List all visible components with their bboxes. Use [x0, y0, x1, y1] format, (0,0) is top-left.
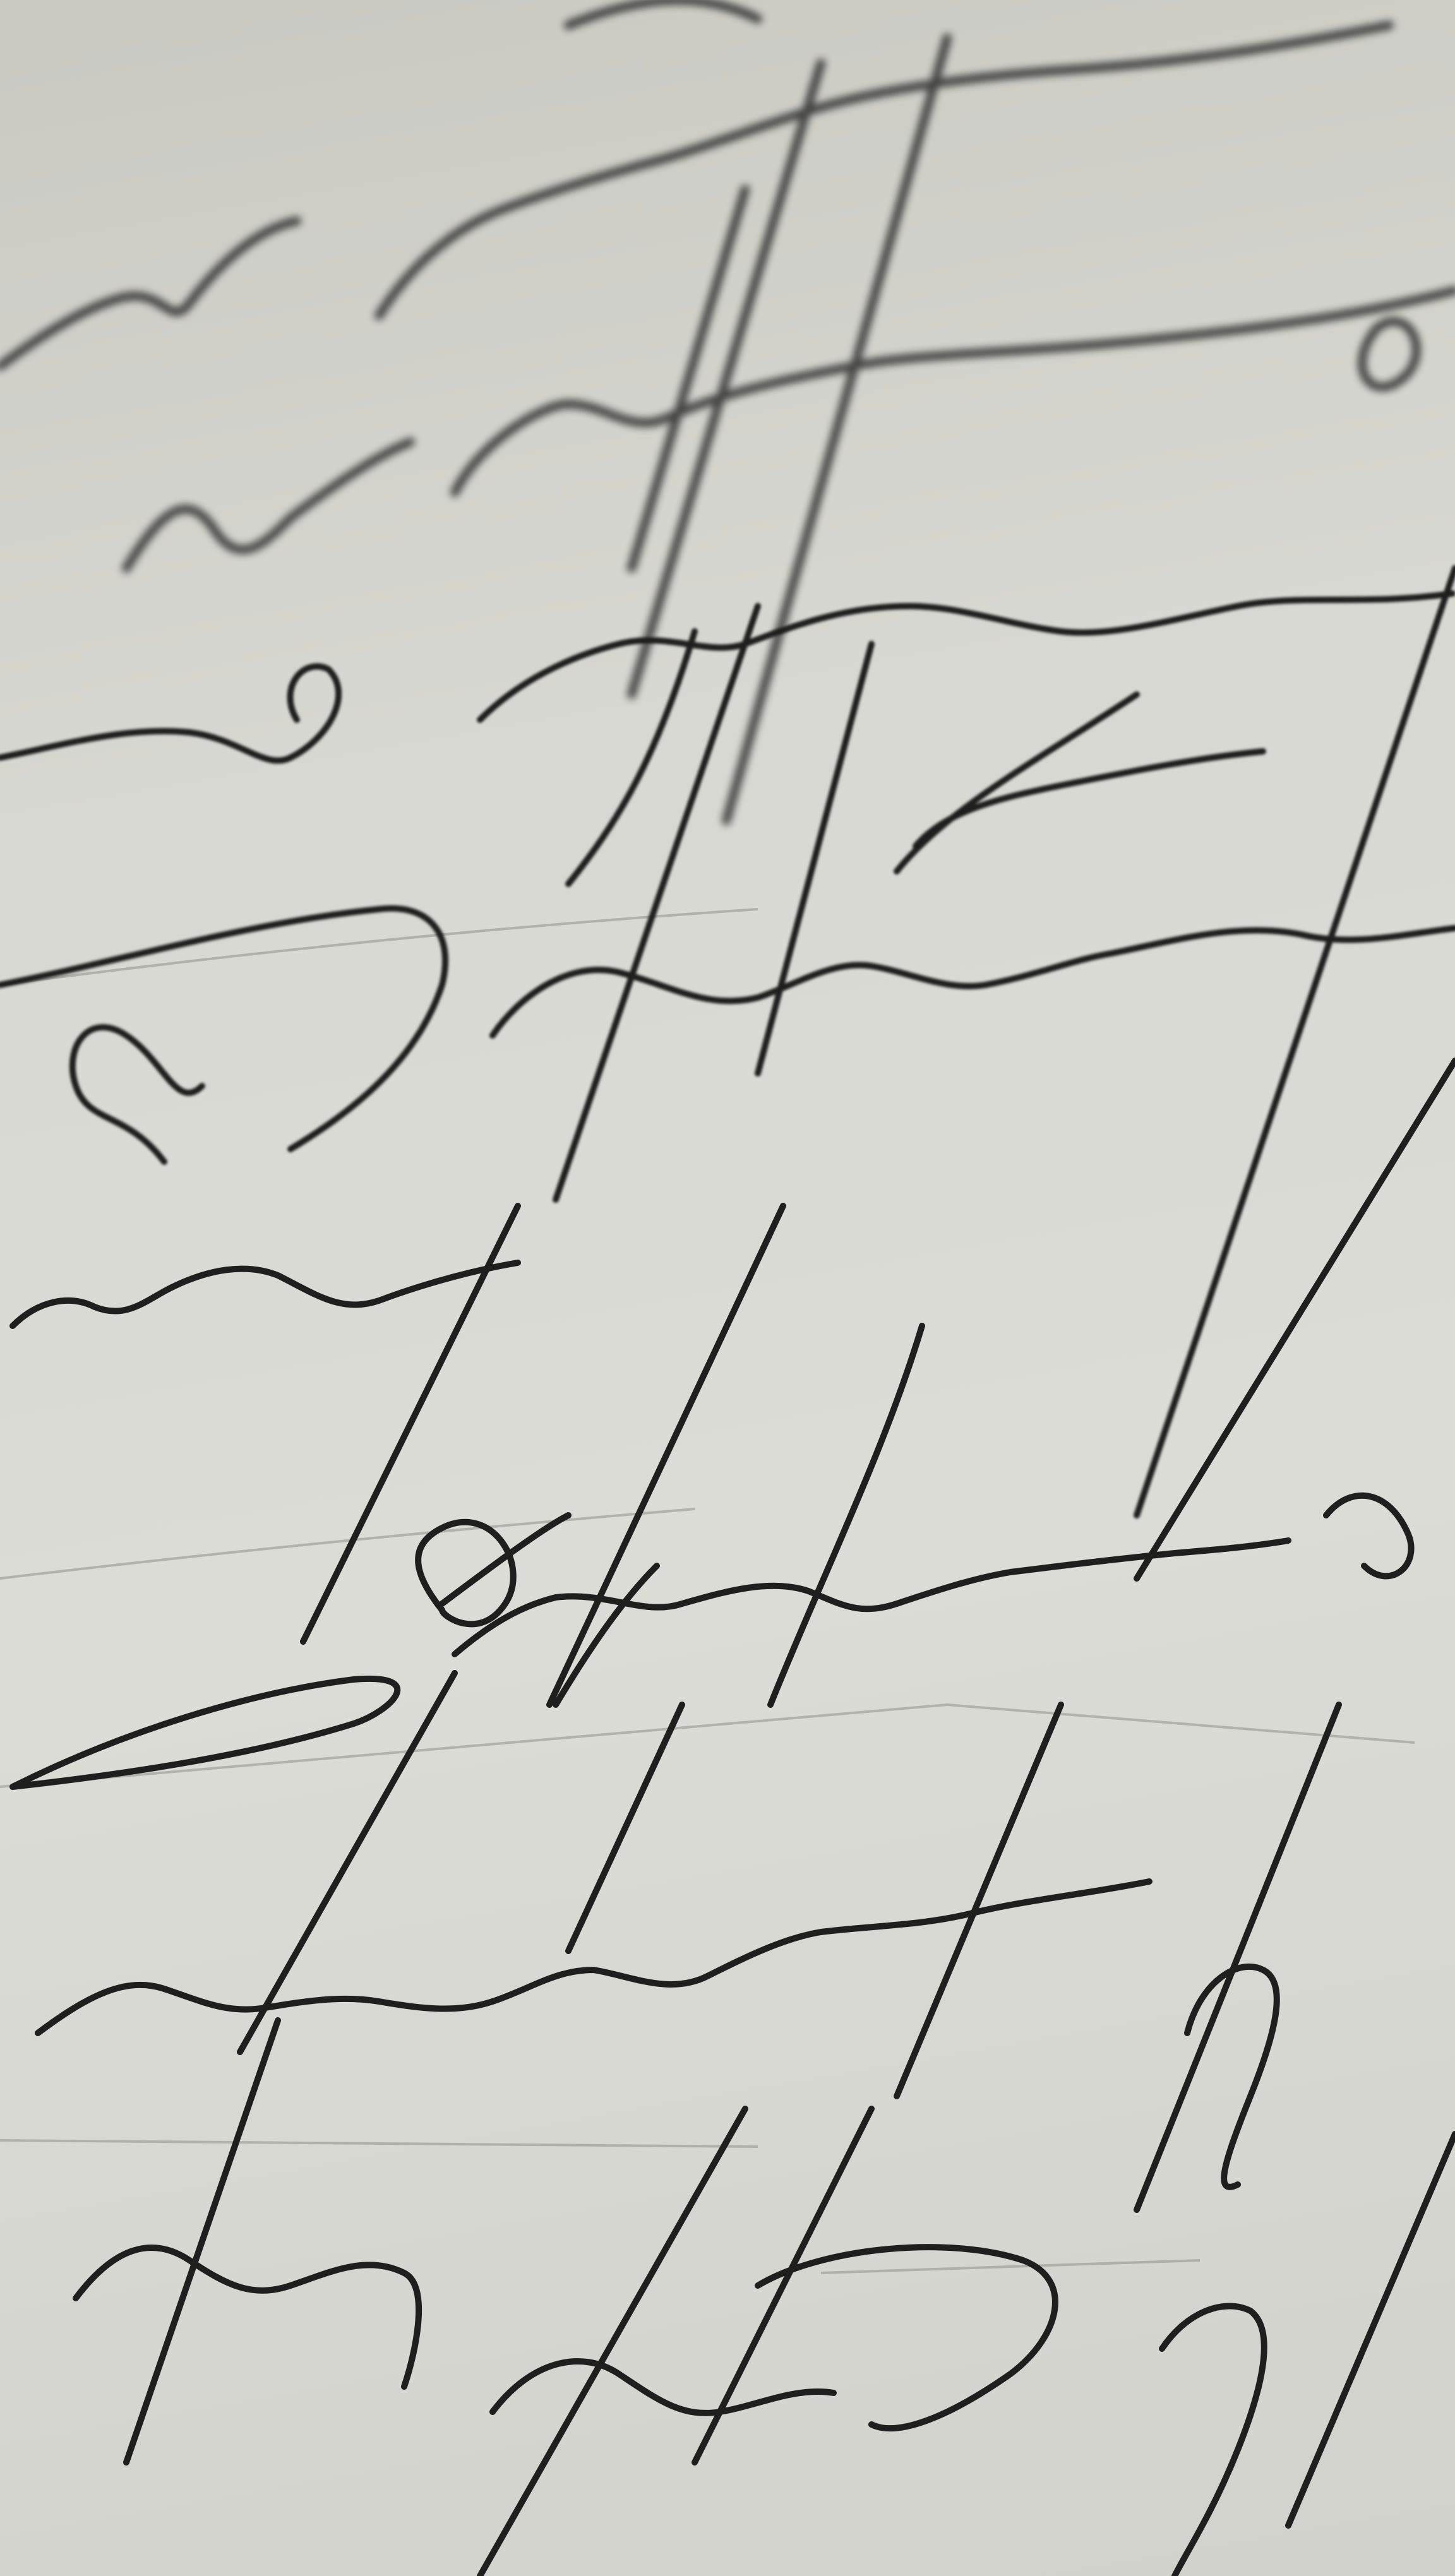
handwriting-strokes [0, 0, 1455, 2576]
handwritten-page: ...a very good pe... ...all by the... ..… [0, 0, 1455, 2576]
